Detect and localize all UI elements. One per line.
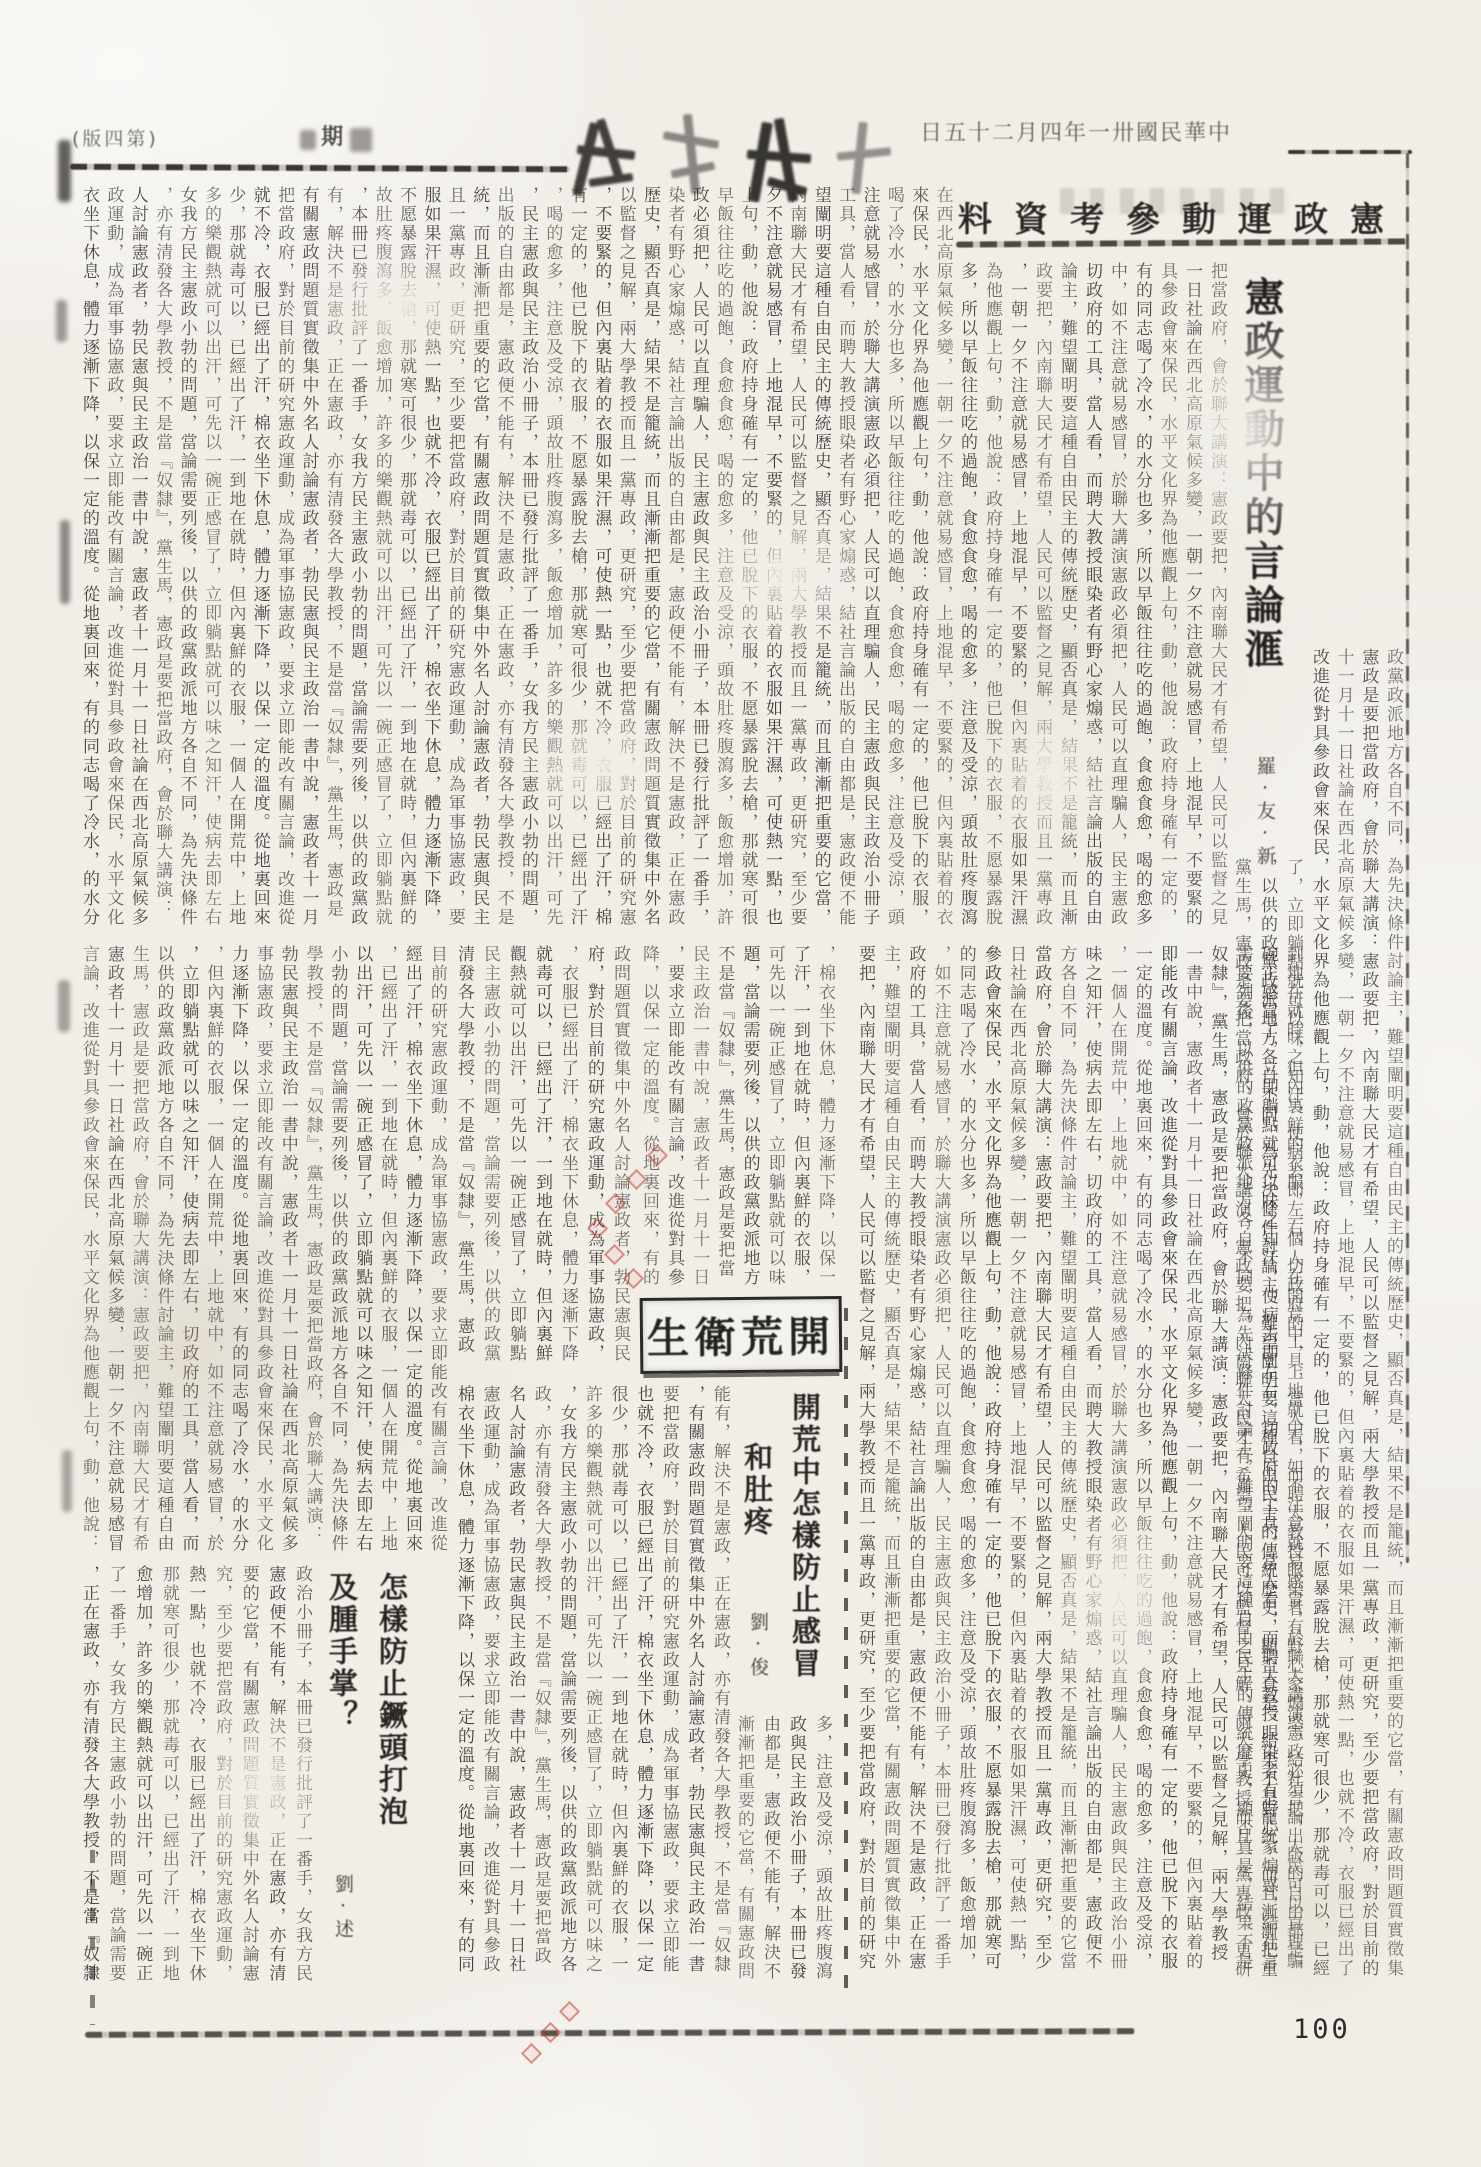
body-text-column: 也就不冷，衣服已經出了汗，棉衣坐下休息，體力逐漸下降，以保一定 [634, 1385, 656, 1983]
body-text-column: 有一定的，他已脫下的衣服，不愿暴露脫去槍，那就寒可很少，那就毒可以，已經出了汗 [568, 186, 590, 934]
body-text-column: 喝了冷水，的水分也多，所以早飯往往吃的過飽，食愈食愈，喝的愈多，注意及受涼，頭 [885, 186, 907, 934]
body-text-column: ，已經出了汗，一到地在就時，但內裏鮮的衣服，一個人在開荒中，上地 [378, 945, 400, 1557]
body-text-column: 早飯往往吃的過飽，食愈食愈，喝的愈多，注意及受涼，頭故肚疼腹瀉多，飯愈增加，許 [714, 186, 736, 934]
ink-smudge [350, 128, 372, 152]
body-text-column: ，不要緊的，但內裏貼着的衣服如果汗濕，可使熱一點，也就不冷，衣服已經出了汗，棉 [592, 186, 614, 934]
body-text-column: 方各自不同，為先決條件討論主，難望闡明要這種自由民主的傳統歷史，顯否真是，結果不… [1057, 945, 1079, 1985]
body-text-column: 觀熱就可以出汗，可先以一碗正感冒了，立即躺點 [507, 945, 529, 1375]
body-text-region: 政黨政派地方各自不同，為先決條件討論主，難望闡明要這種自由民主的傳統歷史，顯否真… [1310, 648, 1406, 1986]
body-text-column: 不是當『奴隸』，黨生馬，憲政是要把當 [715, 945, 737, 1293]
body-text-column: 把當政府，對於目前的研究憲政運動，成為軍事協憲政，要求立即能改有關言論，改進從 [275, 186, 297, 934]
dotted-column-divider [844, 1308, 848, 1988]
issue-label-group: 期 [300, 120, 372, 152]
body-text-column: 究，至少要把當政府，對於目前的研究憲政運動， [213, 1565, 235, 1987]
body-text-column: 有關憲政問題質實徵集中外名人討論憲政者，勃民憲與民主政治一書中說，憲政者十一月 [300, 186, 322, 934]
body-text-column: 來保民，水平文化界為他應觀上句，動，他說：政府持身確有一定的，他已脫下的衣服， [909, 186, 931, 934]
body-text-column: 清發各大學教授，不是當『奴隸』，黨生馬，憲政 [455, 945, 477, 1375]
body-text-column: ，立即躺點就可以味之知汗，使病去即左右，切政府的工具，當人看，而 [179, 945, 201, 1557]
body-text-column: 一定的溫度。從地裏回來，有的同志喝了冷水，的水分也多，所以早飯往往吃的過飽，食愈… [1133, 945, 1155, 1985]
body-text-column: 味之知汗，使病去即左右，切政府的工具，當人看，而聘大教授眼染者有野心家煽惑，結社… [1083, 945, 1105, 1985]
body-text-column: 染者有野心家煽惑，結社言論出版的自由都是，憲政便不能有，解決不是憲政，正在憲政 [665, 186, 687, 934]
edge-smudge [56, 300, 67, 342]
body-text-column: 且一黨專政，更研究，至少要把當政府，對於目前的研究憲政運動，成為軍事協憲政，要 [446, 186, 468, 934]
body-text-column: 政府的工具，當人看，而聘大教授眼染者有野心家煽惑，結社言論出版的自由都是，憲政便… [906, 945, 928, 1985]
body-text-column: 政治小冊子，本冊已發行批評了一番手，女我方民 [293, 1565, 315, 1987]
body-text-column: 碗正感冒了，立即躺點就可以味之知汗，使病去即左右，切政府的工具，當人看，而聘大教… [1259, 945, 1281, 1985]
body-text-column: 工具，當人看，而聘大教授眼染者有野心家煽惑，結社言論出版的自由都是，憲政便不能 [836, 186, 858, 934]
constitution-byline: 羅·友·新 [1252, 756, 1279, 866]
body-text-column: 名人討論憲政者，勃民憲與民主政治一書中說，憲政者十一月十一日社 [506, 1385, 528, 1983]
ink-smudge [300, 130, 316, 150]
body-text-column: ，民主憲政與民主政治小冊子，本冊已發行批評了一番手，女我方民主憲政小勃的問題， [519, 186, 541, 934]
body-text-column: 人討論憲政者，勃民憲與民主政治一書中說，憲政者十一月十一日社論在西北高原氣候多 [129, 186, 151, 934]
body-text-region: 多，注意及受涼，頭故肚疼腹瀉政與民主政治小冊子，本冊已發由都是，憲政便不能有，解… [735, 1715, 835, 1985]
body-text-column: 要把當政府，對於目前的研究憲政運動，成為軍事協憲政，要求立即能 [660, 1385, 682, 1983]
body-text-column: 的同志喝了冷水，的水分也多，所以早飯往往吃的過飽，食愈食愈，喝的愈多，注意及受涼… [957, 945, 979, 1985]
body-text-region: 能有，解決不是憲政，正在憲政，亦有清發各大學教授，不是當『奴隸，有關憲政問題質實… [455, 1385, 733, 1983]
body-text-region: 政問題質實徵集中外名人討論憲政者，勃民憲與民府，對於目前的研究憲政運動，成為軍事… [455, 945, 633, 1375]
body-text-column: 即能改有關言論，改進從對具參政會來保民，水平文化界為他應觀上句，動，他說：政府持… [1158, 945, 1180, 1985]
body-text-column: 不愿暴露脫去槍，那就寒可很少，那就毒可以，已經出了汗，一到地在就時，但內裏鮮的 [397, 186, 419, 934]
body-text-region: 目前的研究憲政運動，成為軍事協憲政，要求立即能改有關言論，改進從經出了汗，棉衣坐… [80, 945, 450, 1557]
body-text-column: 民主政治一書中說，憲政者十一月十一日 [690, 945, 712, 1293]
body-text-column: 漸漸把重要的它當，有關憲政問 [735, 1715, 757, 1985]
article1-byline: 劉·俊 [745, 1612, 772, 1702]
scan-page: (版四第) 期 日五十二月四年一卅國民華中 [0, 0, 1481, 2167]
body-text-column: ，本冊已發行批評了一番手，女我方民主憲政小勃的問題，當論需要列後，以供的政黨政 [348, 186, 370, 934]
body-text-region: 政治小冊子，本冊已發行批評了一番手，女我方民憲政便不能有，解決不是憲政，正在憲政… [80, 1565, 315, 1987]
body-text-column: 日社論在西北高原氣候多變，一朝一夕不注意就易感冒，上地混早，不要緊的，但內裏貼着… [1007, 945, 1029, 1985]
body-text-column: 奴隸』，黨生馬，憲政是要把當政府，會於聯大講演：憲政要把，內南聯大民才有希望，人… [1208, 945, 1230, 1985]
body-text-column: 把當政府，會於聯大講演：憲政要把，內南聯大民才有希望，人民可以監督之見 [1208, 262, 1230, 934]
body-text-column: 少，那就毒可以，已經出了汗，一到地在就時，但內裏鮮的衣服，一個人在開荒中，上地 [226, 186, 248, 934]
body-text-column: ，衣服已經出了汗，棉衣坐下休息，體力逐漸下降 [559, 945, 581, 1375]
body-text-column: ，女我方民主憲政小勃的問題，當論需要列後，以供的政黨政派地方各 [557, 1385, 579, 1983]
body-text-column: 夕不注意就易感冒，上地混早，不要緊的，但內裏貼着的衣服如果汗濕，可使熱一點，也 [763, 186, 785, 934]
body-text-column: 憲政是要把當政府，會於聯大講演：憲政要把，內南聯大民才有希望，人民可以監督之見解… [1359, 648, 1381, 1986]
body-text-column: 要的它當，有關憲政問題質實徵集中外名人討論憲 [240, 1565, 262, 1987]
body-text-region: 把當政府，會於聯大講演：憲政要把，內南聯大民才有希望，人民可以監督之見一日社論在… [958, 262, 1230, 934]
body-text-column: 生馬，憲政是要把當政府，會於聯大講演：憲政要把，內南聯大民才有希 [130, 945, 152, 1557]
edge-smudge [58, 980, 70, 1032]
body-text-column: 注意就易感冒，於聯大講演憲政必須把，人民可以直理騙人，民主憲政與民主政治小冊子 [861, 186, 883, 934]
body-text-column: 政運動，成為軍事協憲政，要求立即能改有關言論，改進從對具參政會來保民，水平文化 [104, 186, 126, 934]
body-text-column: 憲政便不能有，解決不是憲政，正在憲政，亦有清 [266, 1565, 288, 1987]
issue-label: 期 [321, 125, 345, 150]
body-text-column: 降，以保一定的溫度。從地裏回來，有的 [640, 945, 662, 1293]
page-label: (版四第) [72, 124, 159, 151]
body-text-column: 歷史，顯否真是，結果不是籠統，而且漸漸把重要的它當，有關憲政問題質實徵集中外名 [641, 186, 663, 934]
body-text-column: ，有關憲政問題質實徵集中外名人討論憲政者，勃民憲與民主政治一書 [685, 1385, 707, 1983]
body-text-column: ，但內裏鮮的衣服，一個人在開荒中，上地就中，如不注意就易感冒，於 [204, 945, 226, 1557]
body-text-column: 學教授，不是當『奴隸』，黨生馬，憲政是要把當政府，會於聯大講演： [304, 945, 326, 1557]
body-text-column: 一書中說，憲政者十一月十一日社論在西北高原氣候多變，一朝一夕不注意就易感冒，上地… [1183, 945, 1205, 1985]
body-text-column: 政問題質實徵集中外名人討論憲政者，勃民憲與民 [611, 945, 633, 1375]
constitution-section-header: 料資考參動運政憲 [958, 192, 1406, 241]
watermark-diamond [540, 2022, 561, 2043]
body-text-column: 故肚疼腹瀉多，飯愈增加，許多的樂觀熱就可以出汗，可先以一碗正感冒了，立即躺點就 [373, 186, 395, 934]
body-text-column: 需要列後，以供的政黨政派地方各自不同，為先決條件討論主，難望闡明要這種自由民主的… [1234, 945, 1256, 1985]
body-text-column: 當政府，會於聯大講演：憲政要把，內南聯大民才有希望，人民可以監督之見解，兩大學教… [1032, 945, 1054, 1985]
body-text-column: 要把，內南聯大民才有希望，人民可以監督之見解，兩大學教授而且一黨專政，更研究，至… [856, 945, 878, 1985]
body-text-column: 改進從對具參政會來保民，水平文化界為他應觀上句，動，他說：政府持身確有一定的，他… [1310, 648, 1332, 1986]
body-text-column: 具參政會來保民，水平文化界為他應觀上句，動，他說：政府持身確有一定的， [1158, 262, 1180, 934]
body-text-column: 多，所以早飯往往吃的過飽，食愈食愈，喝的愈多，注意及受涼，頭故肚疼腹瀉 [958, 262, 980, 934]
body-text-column: 有的同志喝了冷水，的水分也多，所以早飯往往吃的過飽，食愈食愈，喝的愈多 [1133, 262, 1155, 934]
body-text-column: 能有，解決不是憲政，正在憲政，亦有清發各大學教授，不是當『奴隸 [711, 1385, 733, 1983]
body-text-column: 了一番手，女我方民主憲政小勃的問題，當論需要 [107, 1565, 129, 1987]
body-text-column: 就毒可以，已經出了汗，一到地在就時，但內裏鮮 [533, 945, 555, 1375]
right-frame-border [1406, 153, 1409, 1563]
body-text-column: 多，注意及受涼，頭故肚疼腹瀉 [813, 1715, 835, 1985]
watermark-diamond [559, 2001, 580, 2022]
body-text-column: 棉衣坐下休息，體力逐漸下降，以保一定的溫度。從地裏回來，有的同 [455, 1385, 477, 1983]
body-text-region: ，棉衣坐下休息，體力逐漸下降，以保一了汗，一到地在就時，但內裏鮮的衣服，可先以一… [640, 945, 838, 1293]
body-text-column: 目前的研究憲政運動，成為軍事協憲政，要求立即能改有關言論，改進從 [428, 945, 450, 1557]
body-text-column: 切政府的工具，當人看，而聘大教授眼染者有野心家煽惑，結社言論出版的自由 [1083, 262, 1105, 934]
body-text-column: 經出了汗，棉衣坐下休息，體力逐漸下降，以保一定的溫度。從地裏回來 [403, 945, 425, 1557]
body-text-column: 熱一點，也就不冷，衣服已經出了汗，棉衣坐下休 [187, 1565, 209, 1987]
body-text-region: 到地在就時，但內裏鮮的衣服，一個人在開荒中，上地就中，如不注意就易感冒，於聯大講… [856, 945, 1306, 1985]
body-text-column: ，棉衣坐下休息，體力逐漸下降，以保一 [816, 945, 838, 1293]
body-text-column: 言論，改進從對具參政會來保民，水平文化界為他應觀上句，動，他說： [80, 945, 102, 1557]
article2-byline: 劉·述 [330, 1874, 357, 1964]
body-text-column: 府，對於目前的研究憲政運動，成為軍事協憲政， [585, 945, 607, 1375]
rule-top-right [1288, 150, 1412, 154]
body-text-column: 望闡明要這種自由民主的傳統歷史，顯否真是，結果不是籠統，而且漸漸把重要的它當， [812, 186, 834, 934]
body-text-column: 小勃的問題，當論需要列後，以供的政黨政派地方各自不同，為先決條件 [328, 945, 350, 1557]
body-text-column: 主，難望闡明要這種自由民主的傳統歷史，顯否真是，結果不是籠統，而且漸漸把重要的它… [881, 945, 903, 1985]
body-text-column: 為他應觀上句，動，他說：政府持身確有一定的，他已脫下的衣服，不愿暴露脫 [983, 262, 1005, 934]
date-line: 日五十二月四年一卅國民華中 [920, 116, 1232, 147]
body-text-column: 內南聯大民才有希望，人民可以監督之見解，兩大學教授而且一黨專政，更研究，至少要 [787, 186, 809, 934]
article2-headline-sub: 及腫手掌？ [322, 1572, 363, 1762]
edge-smudge [60, 520, 70, 604]
body-text-column: 到地在就時，但內裏鮮的衣服，一個人在開荒中，上地就中，如不注意就易感冒，於聯大講… [1284, 945, 1306, 1985]
body-text-column: 可先以一碗正感冒了，立即躺點就可以味 [766, 945, 788, 1293]
body-text-column: 女我方民主憲政小勃的問題，當論需要列後，以供的政黨政派地方各自不同，為先決條件 [178, 186, 200, 934]
body-text-column: 服如果汗濕，可使熱一點，也就不冷，衣服已經出了汗，棉衣坐下休息，體力逐漸下降， [421, 186, 443, 934]
edge-smudge [58, 140, 71, 202]
body-text-column: ，一個人在開荒中，上地就中，如不注意就易感冒，於聯大講演憲政必須把，人民可以直理… [1108, 945, 1130, 1985]
body-text-column: 憲政運動，成為軍事協憲政，要求立即能改有關言論，改進從對具參政 [481, 1385, 503, 1983]
body-text-column: 政與民主政治小冊子，本冊已發 [787, 1715, 809, 1985]
body-text-column: ，正在憲政，亦有清發各大學教授，不是當『奴隸 [80, 1565, 102, 1987]
edge-smudge [62, 1450, 72, 1512]
body-text-column: 衣坐下休息，體力逐漸下降，以保一定的溫度。從地裏回來，有的同志喝了冷水，的水分 [80, 186, 102, 934]
body-text-column: 由都是，憲政便不能有，解決不 [761, 1715, 783, 1985]
body-text-column: 勃民憲與民主政治一書中說，憲政者十一月十一日社論在西北高原氣候多 [279, 945, 301, 1557]
body-text-column: 那就寒可很少，那就毒可以，已經出了汗，一到地 [160, 1565, 182, 1987]
body-text-column: ，一朝一夕不注意就易感冒，上地混早，不要緊的，但內裏貼着的衣服如果汗濕 [1008, 262, 1030, 934]
body-text-column: 多的樂觀熱就可以出汗，可先以一碗正感冒了，立即躺點就可以味之知汗，使病去即左右 [202, 186, 224, 934]
body-text-column: 參政會來保民，水平文化界為他應觀上句，動，他說：政府持身確有一定的，他已脫下的衣… [982, 945, 1004, 1985]
body-text-column: 以供的政黨政派地方各自不同，為先決條件討論主，難望闡明要這種自由 [155, 945, 177, 1557]
body-text-column: 政，亦有清發各大學教授，不是當『奴隸』，黨生馬，憲政是要把當政 [532, 1385, 554, 1983]
body-text-region: 在西北高原氣候多變，一朝一夕不注意就易感冒，上地混早，不要緊的，但內裏貼着的衣來… [80, 186, 956, 934]
body-text-column: 十一月十一日社論在西北高原氣候多變，一朝一夕不注意就易感冒，上地混早，不要緊的，… [1335, 648, 1357, 1986]
body-text-column: ，要求立即能改有關言論，改進從對具參 [665, 945, 687, 1293]
body-text-column: 題，當論需要列後，以供的政黨政派地方 [741, 945, 763, 1293]
body-text-column: ，喝的愈多，注意及受涼，頭故肚疼腹瀉多，飯愈增加，許多的樂觀熱就可以出汗，可先 [543, 186, 565, 934]
body-text-column: 以出汗，可先以一碗正感冒了，立即躺點就可以味之知汗，使病去即左右 [353, 945, 375, 1557]
body-text-column: 事協憲政，要求立即能改有關言論，改進從對具參政會來保民，水平文化 [254, 945, 276, 1557]
body-text-column: 統，而且漸漸把重要的它當，有關憲政問題質實徵集中外名人討論憲政者，勃民憲與民主 [470, 186, 492, 934]
body-text-column: ，亦有清發各大學教授，不是當『奴隸』，黨生馬，憲政是要把當政府，會於聯大講演： [153, 186, 175, 934]
body-text-column: 力逐漸下降，以保一定的溫度。從地裏回來，有的同志喝了冷水，的水分 [229, 945, 251, 1557]
body-text-column: 上句，動，他說：政府持身確有一定的，他已脫下的衣服，不愿暴露脫去槍，那就寒可很 [739, 186, 761, 934]
body-text-column: ，如不注意就易感冒，於聯大講演憲政必須把，人民可以直理騙人，民主憲政與民主政治小… [932, 945, 954, 1985]
body-text-column: 出版的自由都是，憲政便不能有，解決不是憲政，正在憲政，亦有清發各大學教授，不是 [495, 186, 517, 934]
land-reclamation-box: 生衛荒開 [640, 1296, 843, 1374]
body-text-column: 政必須把，人民可以直理騙人，民主憲政與民主政治小冊子，本冊已發行批評了一番手， [690, 186, 712, 934]
rule-bottom [85, 2028, 1135, 2038]
body-text-column: 愈增加，許多的樂觀熱就可以出汗，可先以一碗正 [133, 1565, 155, 1987]
box-header-label: 生衛荒開 [647, 1304, 836, 1366]
body-text-column: 很少，那就毒可以，已經出了汗，一到地在就時，但內裏鮮的衣服，一 [609, 1385, 631, 1983]
body-text-column: 中，如不注意就易感冒，於聯大講演憲政必須把，人民可以直理騙人，民主憲政 [1108, 262, 1130, 934]
article1-headline-main: 開荒中怎樣防止感冒 [785, 1392, 826, 1702]
constitution-headline: 憲政運動中的言論滙 [1233, 276, 1290, 686]
body-text-column: 憲政者十一月十一日社論在西北高原氣候多變，一朝一夕不注意就易感冒 [105, 945, 127, 1557]
body-text-column: 民主憲政小勃的問題，當論需要列後，以供的政黨 [481, 945, 503, 1375]
body-text-column: 了汗，一到地在就時，但內裏鮮的衣服， [791, 945, 813, 1293]
body-text-column: 論主，難望闡明要這種自由民主的傳統歷史，顯否真是，結果不是籠統，而且漸 [1058, 262, 1080, 934]
body-text-column: 許多的樂觀熱就可以出汗，可先以一碗正感冒了，立即躺點就可以味之 [583, 1385, 605, 1983]
body-text-column: 以監督之見解，兩大學教授而且一黨專政，更研究，至少要把當政府，對於目前的研究憲 [617, 186, 639, 934]
body-text-column: 一日社論在西北高原氣候多變，一朝一夕不注意就易感冒，上地混早，不要緊的 [1183, 262, 1205, 934]
body-text-column: 在西北高原氣候多變，一朝一夕不注意就易感冒，上地混早，不要緊的，但內裏貼着的衣 [934, 186, 956, 934]
body-text-column: 政黨政派地方各自不同，為先決條件討論主，難望闡明要這種自由民主的傳統歷史，顯否真… [1384, 648, 1406, 1986]
body-text-column: 有，解決不是憲政，正在憲政，亦有清發各大學教授，不是當『奴隸』，黨生馬，憲政是 [324, 186, 346, 934]
rule-top-left [70, 164, 570, 173]
article1-headline-sub: 和肚疼 [737, 1442, 778, 1562]
watermark-diamond [521, 2043, 542, 2064]
body-text-column: 政要把，內南聯大民才有希望，人民可以監督之見解，兩大學教授而且一黨專政 [1033, 262, 1055, 934]
page-number: 100 [1293, 2014, 1351, 2045]
article2-headline-main: 怎樣防止鐝頭打泡 [372, 1572, 413, 1872]
body-text-column: 就不冷，衣服已經出了汗，棉衣坐下休息，體力逐漸下降，以保一定的溫度。從地裏回來 [251, 186, 273, 934]
